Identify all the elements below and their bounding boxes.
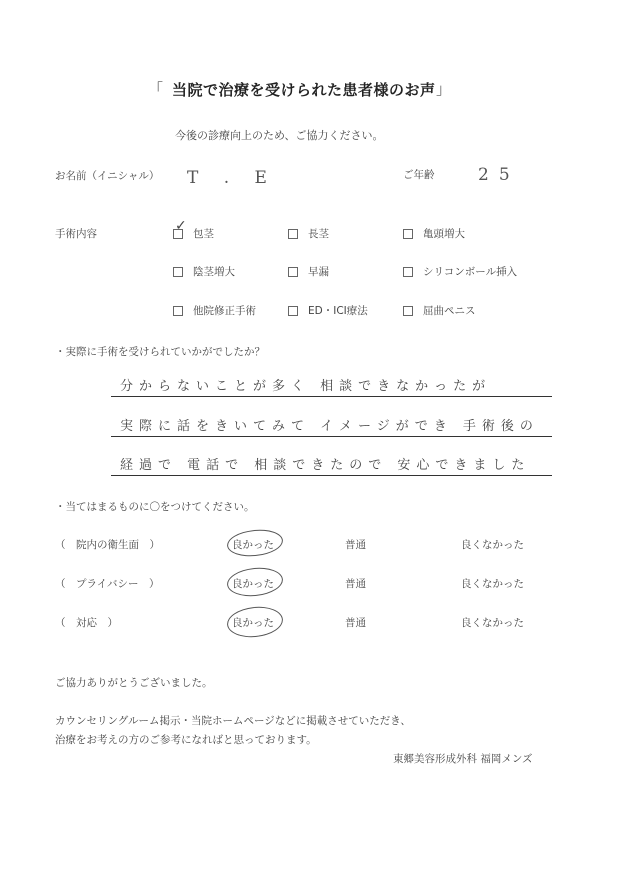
rating-normal[interactable]: 普通 xyxy=(345,537,366,552)
answer-rule xyxy=(111,475,552,476)
page-title: 当院で治療を受けられた患者様のお声 xyxy=(172,79,436,100)
checkbox[interactable] xyxy=(288,306,298,316)
answer-rule xyxy=(111,436,552,437)
question1-label: ・実際に手術を受けられていかがでしたか？ xyxy=(55,344,265,359)
rating-bad[interactable]: 良くなかった xyxy=(461,615,524,630)
answer-line-2[interactable]: 経過で 電話で 相談できたので 安心できました xyxy=(120,454,530,473)
answer-line-1[interactable]: 実際に話をきいてみて イメージができ 手術後の xyxy=(120,415,539,434)
name-value[interactable]: T . E xyxy=(187,168,277,188)
checkbox[interactable] xyxy=(288,267,298,277)
rating-category: （ 対応 ） xyxy=(55,615,118,630)
checkbox[interactable] xyxy=(173,267,183,277)
procedure-option-label: シリコンボール挿入 xyxy=(423,264,517,279)
checkmark-icon: ✓ xyxy=(175,218,187,234)
checkbox[interactable] xyxy=(403,229,413,239)
procedure-option-label: ED・ICI療法 xyxy=(308,303,368,318)
note-line-2: 治療をお考えの方のご参考になればと思っております。 xyxy=(55,732,317,747)
procedure-option-label: 陰茎増大 xyxy=(193,264,235,279)
rating-bad[interactable]: 良くなかった xyxy=(461,537,524,552)
rating-normal[interactable]: 普通 xyxy=(345,576,366,591)
rating-good[interactable]: 良かった xyxy=(232,615,274,630)
checkbox[interactable] xyxy=(403,267,413,277)
answer-line-0[interactable]: 分からないことが多く 相談できなかったが xyxy=(120,375,491,394)
rating-bad[interactable]: 良くなかった xyxy=(461,576,524,591)
title-open-bracket: 「 xyxy=(148,78,163,99)
rating-category: （ 院内の衛生面 ） xyxy=(55,537,160,552)
age-value[interactable]: 25 xyxy=(478,165,520,185)
procedure-label: 手術内容 xyxy=(55,226,97,241)
note-line-1: カウンセリングルーム掲示・当院ホームページなどに掲載させていただき、 xyxy=(55,713,411,728)
rating-normal[interactable]: 普通 xyxy=(345,615,366,630)
name-label: お名前（イニシャル） xyxy=(55,168,159,183)
procedure-option-label: 包茎 xyxy=(193,226,214,241)
rating-good[interactable]: 良かった xyxy=(232,537,274,552)
title-close-bracket: 」 xyxy=(436,78,451,99)
procedure-option-label: 他院修正手術 xyxy=(193,303,256,318)
checkbox[interactable] xyxy=(288,229,298,239)
age-label: ご年齢 xyxy=(403,167,435,182)
procedure-option-label: 早漏 xyxy=(308,264,329,279)
rating-category: （ プライバシー ） xyxy=(55,576,159,591)
procedure-option-label: 亀頭増大 xyxy=(423,226,465,241)
rating-good[interactable]: 良かった xyxy=(232,576,274,591)
subtitle: 今後の診療向上のため、ご協力ください。 xyxy=(175,127,384,143)
procedure-option-label: 長茎 xyxy=(308,226,329,241)
clinic-name: 東郷美容形成外科 福岡メンズ xyxy=(393,751,533,766)
procedure-option-label: 屈曲ペニス xyxy=(423,303,476,318)
checkbox[interactable] xyxy=(173,306,183,316)
checkbox[interactable] xyxy=(403,306,413,316)
thanks-text: ご協力ありがとうございました。 xyxy=(55,675,213,690)
answer-rule xyxy=(111,396,552,397)
question2-label: ・当てはまるものに〇をつけてください。 xyxy=(55,499,255,514)
